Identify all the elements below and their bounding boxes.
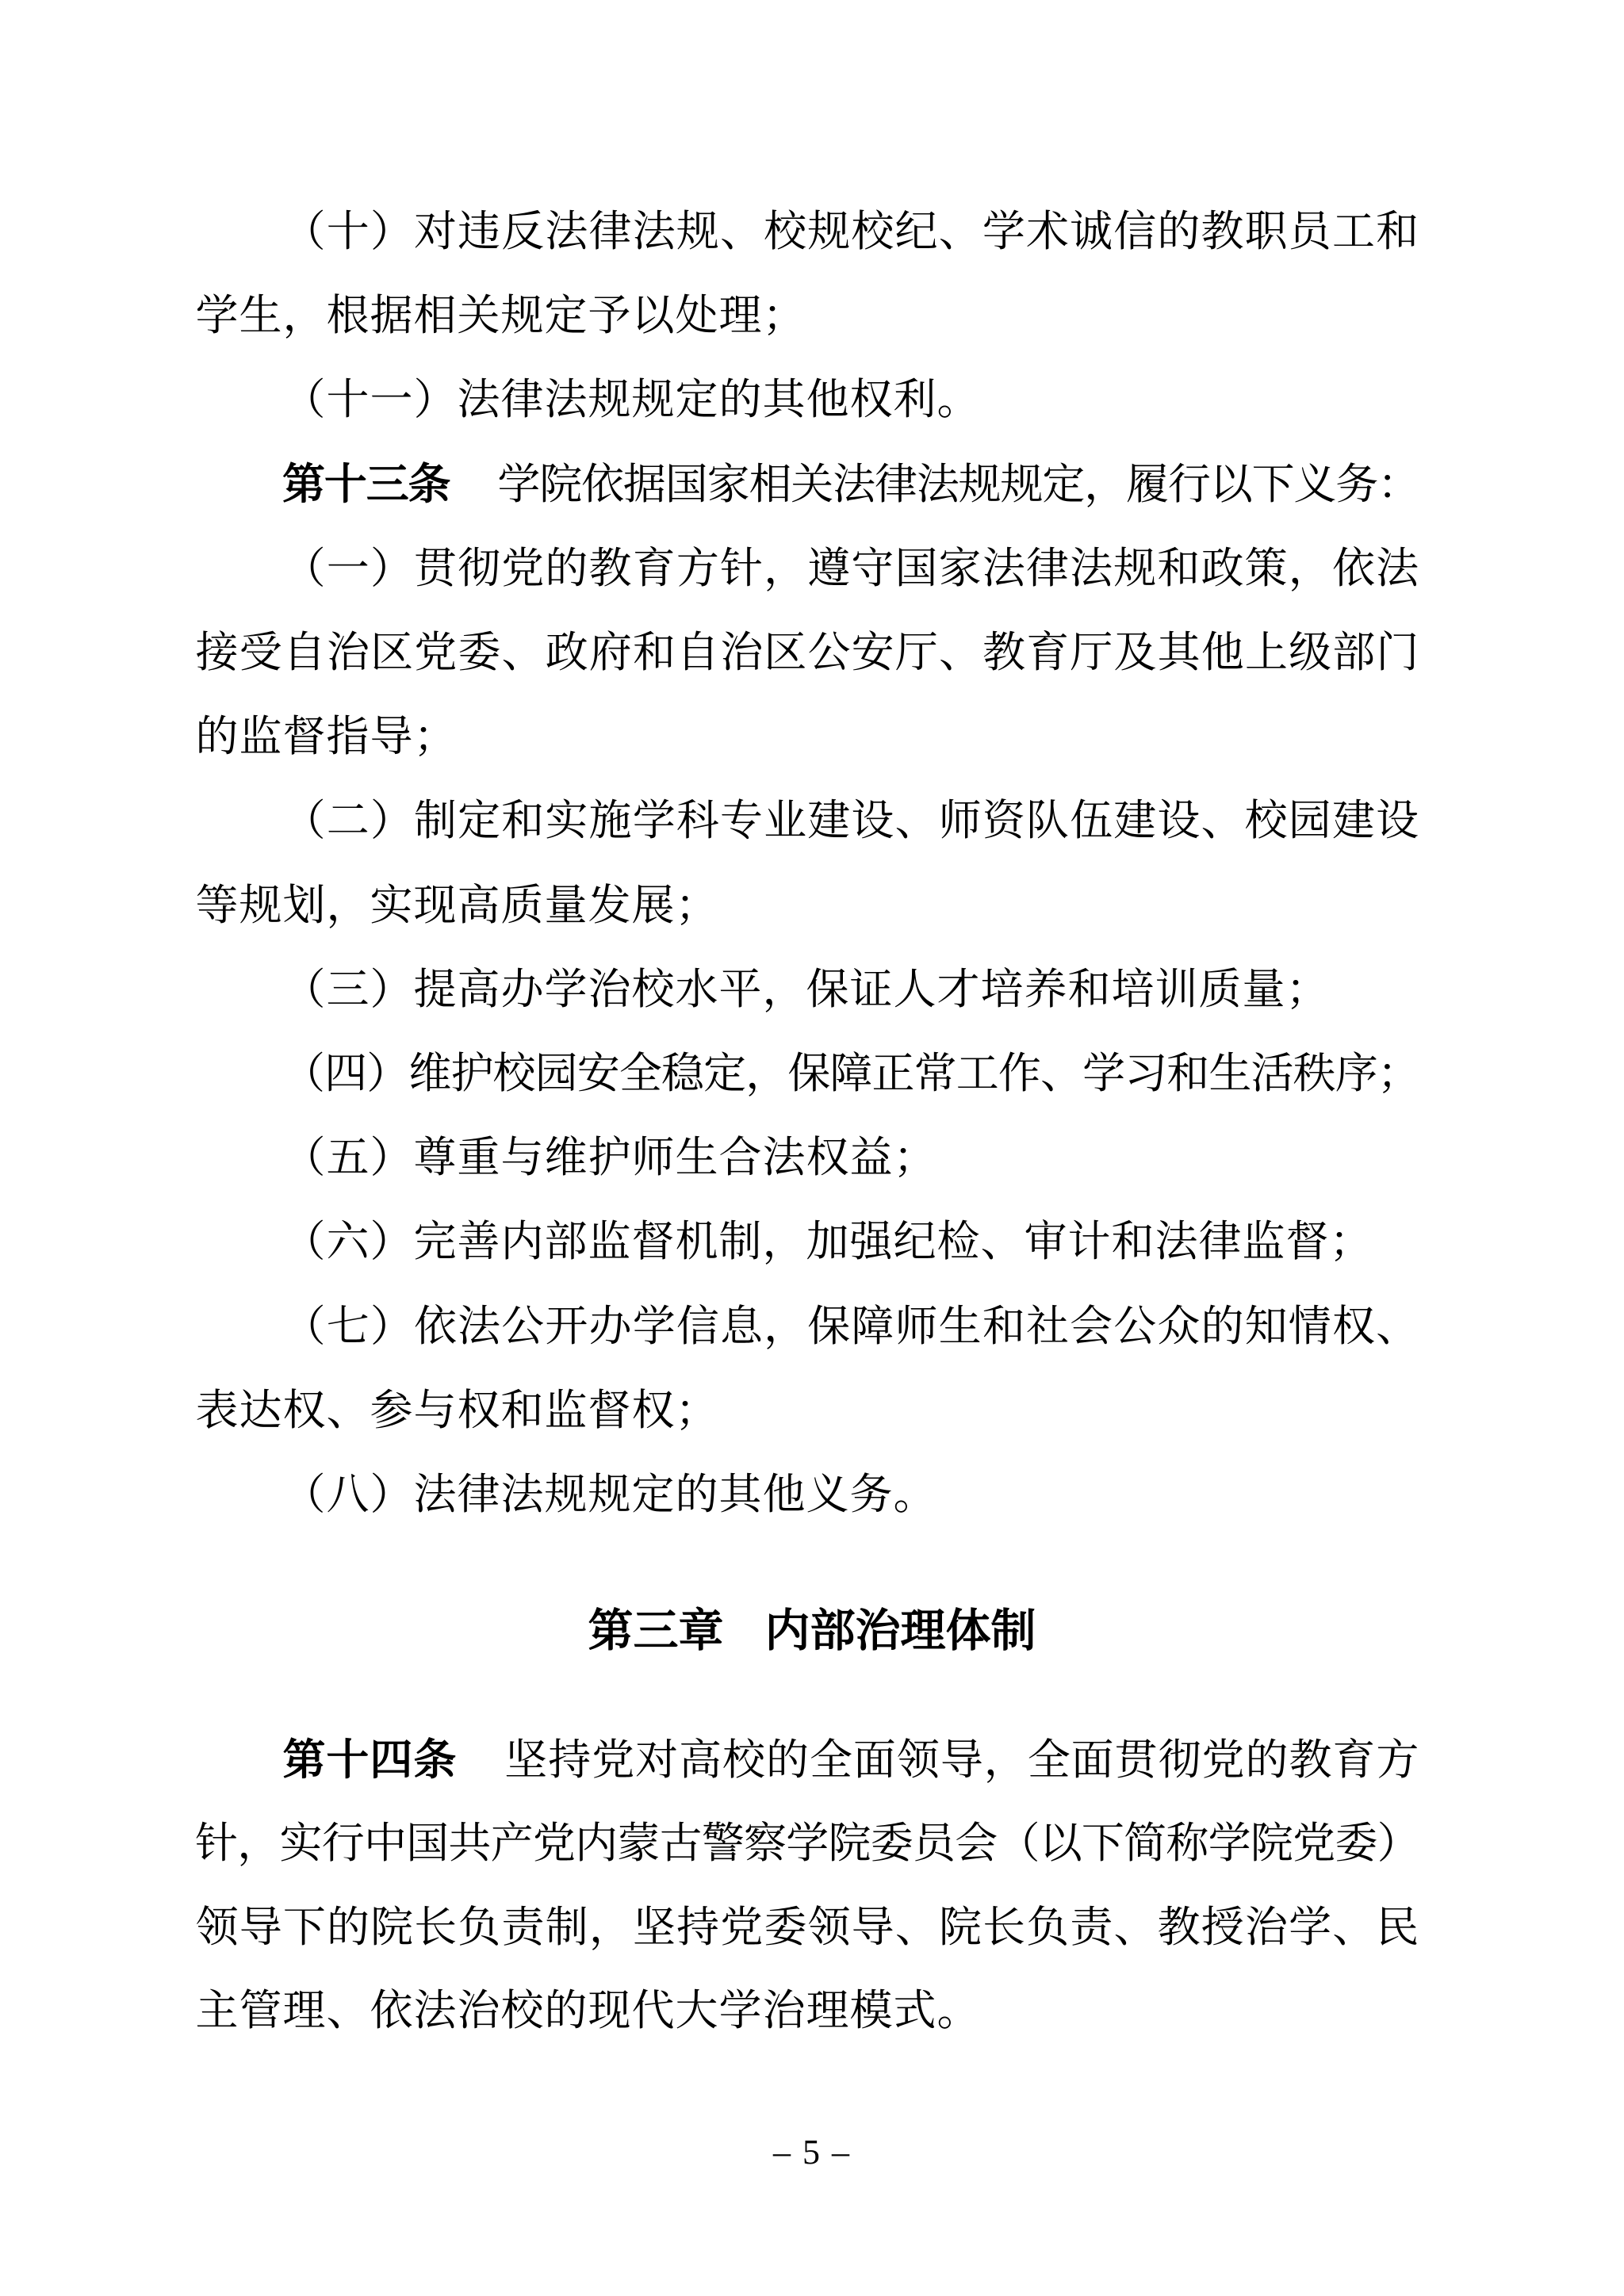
glyph: ， (282, 274, 326, 358)
glyph: 方 (1376, 1718, 1419, 1802)
glyph: 他 (762, 1452, 806, 1536)
glyph: 权 (806, 1115, 849, 1200)
glyph: 法 (1376, 526, 1419, 610)
body-line: 等规划，实现高质量发展； (195, 863, 1419, 947)
glyph: 律 (1025, 526, 1069, 610)
glyph: 责 (1070, 1885, 1113, 1969)
glyph: ， (588, 1885, 632, 1969)
glyph: 校 (631, 947, 675, 1031)
glyph: 领 (896, 1718, 940, 1802)
glyph: 保 (787, 1031, 829, 1115)
glyph: 部 (1332, 610, 1376, 695)
glyph: 国 (406, 1801, 448, 1885)
glyph: 下 (1252, 442, 1294, 526)
glyph: 教 (1157, 1885, 1201, 1969)
glyph: 共 (448, 1801, 490, 1885)
glyph: 政 (1201, 526, 1244, 610)
glyph: 履 (1126, 442, 1168, 526)
glyph: 政 (545, 610, 588, 695)
glyph: 、 (326, 1368, 370, 1452)
body-line: 接受自治区党委、政府和自治区公安厅、教育厅及其他上级部门 (195, 610, 1419, 695)
glyph: 的 (545, 526, 588, 610)
glyph: 持 (548, 1718, 592, 1802)
glyph: ， (764, 526, 807, 610)
glyph: 其 (1157, 610, 1201, 695)
glyph: ） (370, 779, 413, 863)
glyph: 学 (544, 947, 588, 1031)
glyph: （ (282, 1452, 326, 1536)
glyph: 资 (982, 779, 1025, 863)
glyph: 的 (326, 1885, 370, 1969)
glyph: 简 (1124, 1801, 1166, 1885)
glyph: 情 (1288, 1284, 1331, 1368)
glyph: 针 (719, 526, 763, 610)
glyph: 权 (457, 1368, 500, 1452)
glyph: 守 (851, 526, 894, 610)
glyph: 内 (500, 1200, 544, 1284)
glyph: 会 (1070, 1284, 1113, 1368)
glyph: 、 (980, 1200, 1024, 1284)
glyph: 依 (370, 1969, 413, 2053)
glyph: 的 (195, 695, 239, 779)
glyph: 行 (322, 1801, 364, 1885)
glyph: 和 (1111, 1200, 1155, 1284)
glyph: 、 (938, 610, 982, 695)
glyph: 培 (980, 947, 1024, 1031)
glyph: ， (764, 1284, 807, 1368)
glyph: 高 (457, 863, 500, 947)
glyph: 定 (458, 779, 501, 863)
glyph: 权 (282, 1368, 326, 1452)
glyph: 。 (893, 1452, 936, 1536)
glyph: 大 (675, 1969, 718, 2053)
glyph: 校 (1244, 779, 1288, 863)
glyph: 学 (632, 779, 676, 863)
glyph: 业 (764, 779, 807, 863)
glyph: 产 (491, 1801, 533, 1885)
glyph: 设 (1376, 779, 1419, 863)
body-line: 领导下的院长负责制，坚持党委领导、院长负责、教授治学、民 (195, 1885, 1419, 1969)
glyph: 公 (807, 610, 851, 695)
glyph: 、 (894, 779, 938, 863)
glyph: 的 (1201, 1284, 1244, 1368)
glyph: 工 (956, 1031, 998, 1115)
glyph: 三 (326, 947, 370, 1031)
glyph: 师 (894, 1284, 938, 1368)
glyph: ， (745, 1031, 787, 1115)
glyph: 规 (1113, 526, 1157, 610)
glyph: 法 (457, 358, 500, 442)
glyph: 十 (326, 1718, 370, 1802)
glyph: 贯 (1114, 1718, 1158, 1802)
glyph: 生 (1208, 1031, 1251, 1115)
glyph: 职 (1244, 189, 1288, 274)
glyph: 信 (1113, 189, 1157, 274)
glyph: 和 (1067, 947, 1111, 1031)
glyph: 务 (849, 1452, 893, 1536)
glyph: 习 (1124, 1031, 1166, 1115)
glyph: 规 (807, 189, 851, 274)
glyph: 据 (623, 442, 665, 526)
glyph: ） (370, 1452, 413, 1536)
glyph: 工 (1331, 189, 1375, 274)
glyph: 和 (1376, 189, 1419, 274)
glyph: 监 (1242, 1200, 1285, 1284)
body-line: 主管理、依法治校的现代大学治理模式。 (195, 1969, 1419, 2053)
glyph: 坚 (632, 1885, 676, 1969)
glyph: ， (237, 1801, 279, 1885)
glyph: 发 (588, 863, 631, 947)
glyph: 八 (326, 1452, 370, 1536)
glyph: 称 (1166, 1801, 1208, 1885)
glyph: 校 (851, 189, 894, 274)
glyph: 稳 (661, 1031, 703, 1115)
glyph: 质 (500, 863, 544, 947)
glyph: 和 (982, 1284, 1025, 1368)
glyph: 设 (1157, 779, 1201, 863)
glyph: 其 (718, 1452, 762, 1536)
glyph: ） (413, 358, 457, 442)
glyph: 、 (894, 1885, 938, 1969)
glyph: 办 (500, 947, 544, 1031)
body-line: 学生，根据相关规定予以处理； (195, 274, 1419, 358)
glyph: （ (282, 1115, 326, 1200)
glyph: 计 (1067, 1200, 1111, 1284)
glyph: 务 (1335, 442, 1377, 526)
glyph: 划 (282, 863, 326, 947)
glyph: 提 (413, 947, 457, 1031)
glyph: 二 (326, 779, 370, 863)
body-line: （四）维护校园安全稳定，保障正常工作、学习和生活秩序； (195, 1031, 1507, 1115)
glyph: 自 (282, 610, 326, 695)
glyph: 规 (959, 442, 1001, 526)
glyph: 律 (457, 1452, 500, 1536)
glyph: 安 (577, 1031, 619, 1115)
glyph: 四 (324, 1031, 366, 1115)
glyph: 院 (1251, 1801, 1293, 1885)
body-line: 表达权、参与权和监督权； (195, 1368, 1419, 1452)
glyph: 法 (833, 442, 875, 526)
glyph: 对 (635, 1718, 679, 1802)
glyph: 教 (1201, 189, 1244, 274)
glyph: 依 (1331, 526, 1375, 610)
glyph: 信 (676, 1284, 719, 1368)
glyph: 监 (588, 1200, 631, 1284)
glyph: 对 (413, 189, 457, 274)
glyph: 平 (718, 947, 762, 1031)
glyph: （ (282, 1200, 326, 1284)
glyph: 根 (326, 274, 370, 358)
glyph: 第 (282, 1718, 326, 1802)
glyph: 实 (279, 1801, 321, 1885)
glyph: ； (762, 274, 806, 358)
glyph: 门 (1376, 610, 1419, 695)
glyph: 据 (370, 274, 413, 358)
glyph: 重 (457, 1115, 500, 1200)
glyph: 责 (501, 1885, 545, 1969)
glyph: 学 (982, 189, 1025, 274)
glyph: 委 (871, 1801, 913, 1885)
glyph: 规 (239, 863, 282, 947)
glyph: 加 (806, 1200, 849, 1284)
glyph: 党 (414, 610, 458, 695)
glyph: 及 (1113, 610, 1157, 695)
glyph: （ (282, 189, 326, 274)
glyph: 治 (720, 610, 764, 695)
glyph: 院 (370, 1885, 414, 1969)
glyph: 实 (545, 779, 588, 863)
glyph: 他 (806, 358, 849, 442)
glyph: 自 (676, 610, 720, 695)
glyph: 指 (326, 695, 370, 779)
glyph: 督 (588, 1368, 631, 1452)
glyph: 区 (764, 610, 807, 695)
glyph: 督 (282, 695, 326, 779)
glyph: 的 (718, 358, 762, 442)
glyph: 规 (1001, 442, 1043, 526)
glyph: 中 (364, 1801, 406, 1885)
glyph: 人 (893, 947, 936, 1031)
body-line: （十一）法律法规规定的其他权利。 (195, 358, 1507, 442)
glyph: 会 (955, 1801, 997, 1885)
glyph: 委 (1335, 1801, 1377, 1885)
glyph: 针 (195, 1801, 237, 1885)
glyph: 的 (766, 1718, 810, 1802)
glyph: 教 (982, 610, 1026, 695)
glyph: 的 (675, 1452, 718, 1536)
glyph: 制 (545, 1885, 588, 1969)
glyph: 等 (195, 863, 239, 947)
chapter-number: 第三章 (588, 1605, 724, 1656)
glyph: 尊 (413, 1115, 457, 1200)
glyph: 和 (500, 1368, 544, 1452)
glyph: 规 (500, 274, 544, 358)
glyph: 教 (1289, 1718, 1332, 1802)
glyph: 与 (500, 1115, 544, 1200)
glyph: 、 (938, 189, 982, 274)
glyph: 予 (588, 274, 631, 358)
glyph: ； (1329, 1200, 1373, 1284)
glyph: 诚 (1070, 189, 1113, 274)
glyph: 理 (718, 274, 762, 358)
glyph: 院 (938, 1885, 982, 1969)
glyph: 处 (675, 274, 718, 358)
glyph: ； (1377, 1031, 1419, 1115)
glyph: 益 (849, 1115, 893, 1200)
glyph: 合 (718, 1115, 762, 1200)
glyph: 学 (632, 1284, 676, 1368)
glyph: 条 (413, 1718, 457, 1802)
glyph: （ (282, 1031, 324, 1115)
glyph: 师 (938, 779, 982, 863)
glyph: 委 (764, 1885, 807, 1969)
glyph: 训 (1155, 947, 1198, 1031)
glyph: ， (983, 1718, 1027, 1802)
glyph: ） (370, 526, 413, 610)
glyph: 家 (707, 442, 749, 526)
glyph: ； (675, 863, 718, 947)
glyph: 规 (676, 189, 719, 274)
article-number-spacer (457, 1774, 504, 1774)
glyph: 蒙 (617, 1801, 659, 1885)
chapter-heading-spacer (724, 1645, 765, 1646)
glyph: 的 (1245, 1718, 1289, 1802)
glyph: 导 (851, 1885, 894, 1969)
glyph: 园 (535, 1031, 577, 1115)
glyph: 队 (1025, 779, 1069, 863)
glyph: 办 (588, 1284, 632, 1368)
glyph: 厅 (1070, 610, 1113, 695)
glyph: 府 (588, 610, 632, 695)
document-page: （十）对违反法律法规、校规校纪、学术诚信的教职员工和学生，根据相关规定予以处理；… (0, 0, 1624, 2296)
glyph: 作 (998, 1031, 1040, 1115)
glyph: 规 (588, 358, 631, 442)
glyph: 园 (1288, 779, 1331, 863)
glyph: 量 (1242, 947, 1285, 1031)
glyph: 监 (544, 1368, 588, 1452)
glyph: 表 (195, 1368, 239, 1452)
glyph: 法 (632, 189, 676, 274)
glyph: 院 (539, 442, 581, 526)
glyph: 科 (676, 779, 719, 863)
glyph: 长 (414, 1885, 458, 1969)
glyph: 治 (588, 947, 631, 1031)
body-line: （十）对违反法律法规、校规校纪、学术诚信的教职员工和 (195, 189, 1507, 274)
glyph: 他 (1201, 610, 1244, 695)
glyph: 员 (1288, 189, 1331, 274)
glyph: 师 (631, 1115, 675, 1200)
glyph: 建 (1331, 779, 1375, 863)
glyph: 护 (588, 1115, 631, 1200)
glyph: 关 (791, 442, 833, 526)
glyph: 伍 (1070, 779, 1113, 863)
glyph: 校 (500, 1969, 544, 2053)
article-number-spacer (450, 498, 497, 499)
glyph: 法 (413, 1969, 457, 2053)
glyph: ） (370, 1115, 413, 1200)
glyph: 律 (588, 189, 632, 274)
glyph: 法 (917, 442, 959, 526)
glyph: 领 (195, 1885, 239, 1969)
glyph: ） (1377, 1801, 1419, 1885)
glyph: 相 (413, 274, 457, 358)
glyph: 导 (239, 1885, 282, 1969)
glyph: 护 (450, 1031, 492, 1115)
glyph: 以 (1040, 1801, 1082, 1885)
glyph: 规 (631, 358, 675, 442)
glyph: 校 (493, 1031, 535, 1115)
glyph: 现 (588, 1969, 631, 2053)
glyph: 公 (1113, 1284, 1157, 1368)
glyph: 部 (544, 1200, 588, 1284)
body-line: （三）提高办学治校水平，保证人才培养和培训质量； (195, 947, 1507, 1031)
glyph: 定 (675, 358, 718, 442)
glyph: 活 (1251, 1031, 1293, 1115)
body-line: （一）贯彻党的教育方针，遵守国家法律法规和政策，依法 (195, 526, 1507, 610)
glyph: 纪 (894, 189, 938, 274)
glyph: 完 (413, 1200, 457, 1284)
chapter-title: 内部治理体制 (765, 1605, 1036, 1656)
glyph: ， (1084, 442, 1126, 526)
glyph: 学 (1289, 1885, 1332, 1969)
glyph: 法 (545, 189, 588, 274)
glyph: ） (366, 1031, 408, 1115)
glyph: 第 (282, 442, 324, 526)
body-line: 第十三条学院依据国家相关法律法规规定，履行以下义务： (195, 442, 1507, 526)
glyph: 国 (665, 442, 707, 526)
glyph: 建 (1113, 779, 1157, 863)
glyph: 高 (457, 947, 500, 1031)
glyph: 委 (458, 610, 501, 695)
glyph: 社 (1025, 1284, 1069, 1368)
glyph: 法 (982, 526, 1025, 610)
glyph: 维 (408, 1031, 450, 1115)
glyph: 法 (1155, 1200, 1198, 1284)
glyph: 专 (719, 779, 763, 863)
glyph: 参 (370, 1368, 413, 1452)
glyph: 量 (544, 863, 588, 947)
chapter-heading: 第三章内部治理体制 (0, 1589, 1624, 1673)
glyph: （ (282, 947, 326, 1031)
glyph: 现 (413, 863, 457, 947)
body-line: （七）依法公开办学信息，保障师生和社会公众的知情权、 (195, 1284, 1507, 1368)
glyph: 反 (501, 189, 545, 274)
glyph: 民 (1376, 1885, 1419, 1969)
glyph: 息 (719, 1284, 763, 1368)
glyph: ） (370, 947, 413, 1031)
glyph: 维 (544, 1115, 588, 1200)
glyph: 全 (619, 1031, 661, 1115)
glyph: 党 (720, 1885, 764, 1969)
glyph: 知 (1244, 1284, 1288, 1368)
glyph: 权 (849, 358, 893, 442)
glyph: 以 (631, 274, 675, 358)
glyph: 定 (703, 1031, 745, 1115)
glyph: 建 (807, 779, 851, 863)
body-line: 第十四条坚持党对高校的全面领导，全面贯彻党的教育方 (195, 1718, 1507, 1802)
glyph: （ (282, 526, 326, 610)
glyph: 法 (1070, 526, 1113, 610)
glyph: 策 (1244, 526, 1288, 610)
glyph: 厅 (894, 610, 938, 695)
glyph: 才 (936, 947, 980, 1031)
glyph: ， (762, 1200, 806, 1284)
glyph: 面 (852, 1718, 896, 1802)
glyph: 序 (1335, 1031, 1377, 1115)
glyph: 法 (500, 1452, 544, 1536)
body-line: 针，实行中国共产党内蒙古警察学院委员会（以下简称学院党委） (195, 1801, 1419, 1885)
glyph: 治 (457, 1969, 500, 2053)
glyph: 设 (851, 779, 894, 863)
glyph: ； (1285, 947, 1329, 1031)
glyph: 障 (851, 1284, 894, 1368)
glyph: 导 (370, 695, 413, 779)
body-line: （六）完善内部监督机制，加强纪检、审计和法律监督； (195, 1200, 1507, 1284)
glyph: 定 (631, 1452, 675, 1536)
glyph: 秩 (1293, 1031, 1335, 1115)
glyph: 制 (718, 1200, 762, 1284)
glyph: 众 (1157, 1284, 1201, 1368)
glyph: 培 (1111, 947, 1155, 1031)
glyph: 、 (1113, 1885, 1157, 1969)
glyph: 高 (679, 1718, 722, 1802)
glyph: 级 (1289, 610, 1332, 695)
glyph: 面 (1071, 1718, 1114, 1802)
glyph: 相 (749, 442, 791, 526)
glyph: 负 (458, 1885, 501, 1969)
glyph: 模 (849, 1969, 893, 2053)
glyph: 善 (457, 1200, 500, 1284)
